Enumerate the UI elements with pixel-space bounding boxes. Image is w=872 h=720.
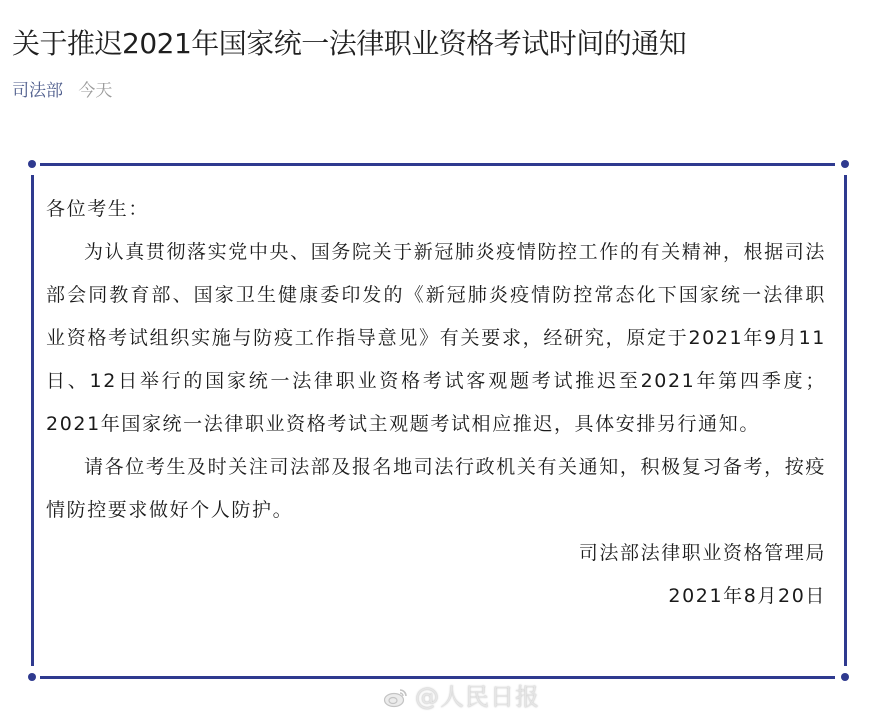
notice-signature: 司法部法律职业资格管理局: [46, 532, 826, 575]
notice-paragraph: 为认真贯彻落实党中央、国务院关于新冠肺炎疫情防控工作的有关精神，根据司法部会同教…: [46, 231, 826, 446]
weibo-icon: [383, 683, 409, 705]
article-title: 关于推迟2021年国家统一法律职业资格考试时间的通知: [12, 24, 686, 64]
watermark: @人民日报: [383, 680, 540, 714]
frame-line-top: [40, 163, 835, 166]
frame-line-bottom: [40, 676, 835, 679]
watermark-text: @人民日报: [415, 683, 540, 711]
frame-line-right: [844, 175, 847, 666]
source-link[interactable]: 司法部: [12, 81, 63, 101]
frame-dot-bottom-right: [841, 673, 849, 681]
frame-dot-bottom-left: [28, 673, 36, 681]
frame-dot-top-left: [28, 160, 36, 168]
notice-paragraph: 请各位考生及时关注司法部及报名地司法行政机关有关通知，积极复习备考，按疫情防控要…: [46, 446, 826, 532]
notice-date: 2021年8月20日: [46, 575, 826, 618]
article-meta: 司法部 今天: [12, 78, 112, 104]
frame-dot-top-right: [841, 160, 849, 168]
frame-line-left: [31, 175, 34, 666]
notice-body: 各位考生： 为认真贯彻落实党中央、国务院关于新冠肺炎疫情防控工作的有关精神，根据…: [46, 188, 826, 618]
notice-salutation: 各位考生：: [46, 188, 826, 231]
publish-time: 今天: [78, 81, 112, 101]
